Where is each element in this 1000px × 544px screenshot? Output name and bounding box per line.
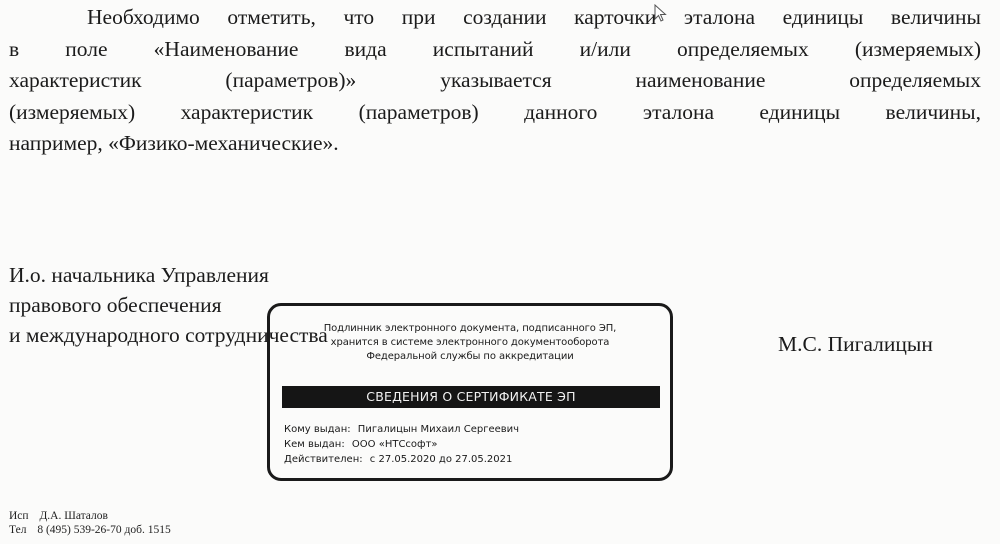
issued-by-label: Кем выдан: [284,439,345,450]
paragraph-line: например, «Физико-механические». [9,128,981,160]
executor-value: Д.А. Шаталов [39,510,107,522]
stamp-header-line: хранится в системе электронного документ… [270,336,670,350]
signatory-name: М.С. Пигалицын [778,329,933,359]
position-line: И.о. начальника Управления [9,260,328,290]
mouse-pointer-icon [654,4,668,24]
stamp-header-line: Подлинник электронного документа, подпис… [270,322,670,336]
paragraph-line: Необходимо отметить, что при создании ка… [9,2,981,34]
issued-by-row: Кем выдан: ООО «НТСсофт» [284,437,670,452]
paragraph-line: (измеряемых) характеристик (параметров) … [9,97,981,129]
phone-value: 8 (495) 539-26-70 доб. 1515 [37,524,170,536]
stamp-header-line: Федеральной службы по аккредитации [270,350,670,364]
paragraph-line: характеристик (параметров)» указывается … [9,65,981,97]
executor-label: Исп [9,510,29,522]
issued-by-value: ООО «НТСсофт» [352,439,438,450]
stamp-header: Подлинник электронного документа, подпис… [270,322,670,364]
paragraph-line: в поле «Наименование вида испытаний и/ил… [9,34,981,66]
validity-value: с 27.05.2020 до 27.05.2021 [370,454,513,465]
issued-to-value: Пигалицын Михаил Сергеевич [358,424,519,435]
executor-row: Исп Д.А. Шаталов [9,509,171,523]
issued-to-label: Кому выдан: [284,424,351,435]
certificate-info: Кому выдан: Пигалицын Михаил Сергеевич К… [284,422,670,467]
phone-row: Тел 8 (495) 539-26-70 доб. 1515 [9,523,171,537]
validity-label: Действителен: [284,454,363,465]
phone-label: Тел [9,524,26,536]
validity-row: Действителен: с 27.05.2020 до 27.05.2021 [284,452,670,467]
issued-to-row: Кому выдан: Пигалицын Михаил Сергеевич [284,422,670,437]
executor-footer: Исп Д.А. Шаталов Тел 8 (495) 539-26-70 д… [9,509,171,537]
electronic-signature-stamp: Подлинник электронного документа, подпис… [267,303,673,481]
stamp-title: СВЕДЕНИЯ О СЕРТИФИКАТЕ ЭП [282,386,660,408]
body-paragraph: Необходимо отметить, что при создании ка… [9,2,981,160]
